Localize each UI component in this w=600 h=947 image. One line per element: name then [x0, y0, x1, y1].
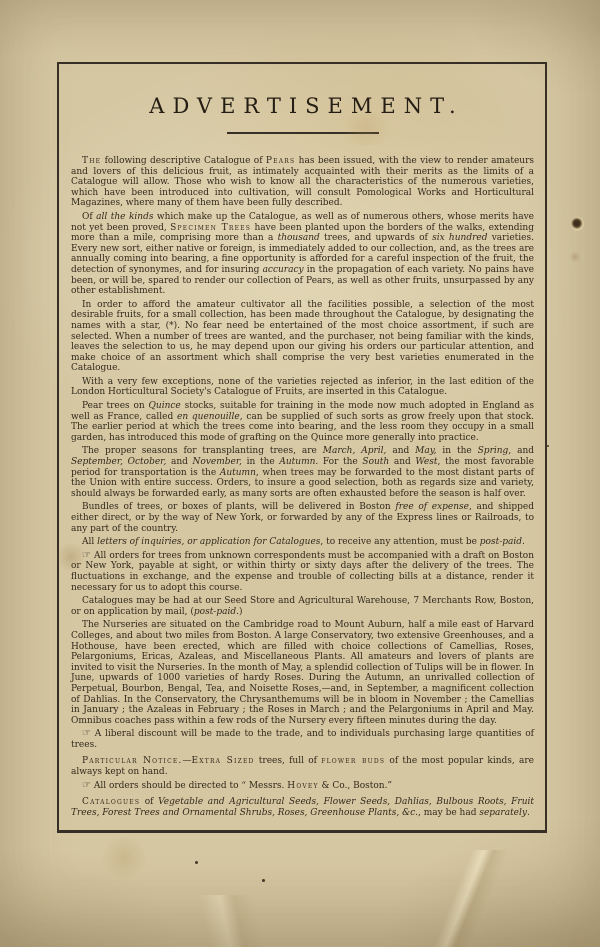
text-run: and: [386, 446, 415, 456]
text-run: free of expense: [395, 502, 469, 512]
text-run: letters of inquiries, or application for…: [97, 537, 320, 547]
text-run: Extra Sized: [192, 756, 255, 766]
text-run: post-paid: [480, 537, 522, 547]
paragraph: Particular Notice.—Extra Sized trees, fu…: [71, 756, 534, 777]
text-run: September, October,: [71, 457, 166, 467]
text-run: South: [362, 457, 389, 467]
scanned-page: ADVERTISEMENT. The following descriptive…: [0, 0, 600, 947]
paper-speck: [262, 879, 265, 882]
text-run: Catalogues: [82, 797, 140, 807]
paragraph: Of all the kinds which make up the Catal…: [71, 212, 534, 297]
text-run: Pears: [266, 156, 295, 166]
paragraph: The following descriptive Catalogue of P…: [71, 156, 534, 209]
text-run: trees, full of: [255, 756, 322, 766]
text-run: all the kinds: [96, 212, 153, 222]
document-body: The following descriptive Catalogue of P…: [71, 156, 534, 818]
text-run: following descriptive Catalogue of: [101, 156, 266, 166]
paragraph: Catalogues may be had at our Seed Store …: [71, 596, 534, 617]
text-run: , may be had: [418, 808, 479, 818]
text-run: post-paid.: [194, 607, 239, 617]
text-run: , to receive any attention, must be: [320, 537, 479, 547]
paragraph: In order to afford the amateur cultivato…: [71, 300, 534, 374]
title-divider-rule: [227, 132, 379, 134]
paper-speck: [195, 861, 198, 864]
paper-speck: [547, 445, 549, 447]
paragraph: ☞ A liberal discount will be made to the…: [71, 729, 534, 750]
paper-crease: [330, 850, 600, 947]
text-run: and: [389, 457, 415, 467]
text-run: Bundles of trees, or boxes of plants, wi…: [82, 502, 395, 512]
text-run: Autumn: [220, 468, 256, 478]
text-run: & Co., Boston.”: [319, 781, 392, 791]
text-run: In order to afford the amateur cultivato…: [71, 300, 534, 374]
paper-stain: [98, 838, 150, 878]
paragraph: With a very few exceptions, none of the …: [71, 377, 534, 398]
manicule-icon: ☞: [82, 780, 91, 791]
text-run: For the: [318, 457, 362, 467]
text-run: of: [140, 797, 158, 807]
paragraph: ☞ All orders should be directed to “ Mes…: [71, 781, 534, 792]
text-run: —: [183, 756, 192, 766]
text-run: Particular Notice.: [82, 756, 183, 766]
text-run: Pear trees on: [82, 401, 149, 411]
text-run: A liberal discount will be made to the t…: [71, 729, 534, 750]
paragraph: Catalogues of Vegetable and Agricultural…: [71, 797, 534, 818]
paragraph: The Nurseries are situated on the Cambri…: [71, 620, 534, 726]
text-run: Catalogues may be had at our Seed Store …: [71, 596, 534, 617]
paragraph: The proper seasons for transplanting tre…: [71, 446, 534, 499]
text-run: ): [239, 607, 243, 617]
text-run: All orders should be directed to “ Messr…: [91, 781, 287, 791]
text-run: in the: [242, 457, 279, 467]
text-run: With a very few exceptions, none of the …: [71, 377, 534, 398]
text-run: accuracy: [263, 265, 304, 275]
text-run: All: [82, 537, 97, 547]
text-run: separately: [479, 808, 527, 818]
paragraph: All letters of inquiries, or application…: [71, 537, 534, 548]
text-run: .: [527, 808, 530, 818]
text-run: March, April,: [323, 446, 387, 456]
text-run: Of: [82, 212, 96, 222]
paper-crease: [60, 895, 390, 947]
text-run: six hundred: [432, 233, 487, 243]
paragraph: ☞ All orders for trees from unknown corr…: [71, 551, 534, 593]
page-border-frame: ADVERTISEMENT. The following descriptive…: [57, 62, 547, 833]
text-run: The: [82, 156, 101, 166]
text-run: The Nurseries are situated on the Cambri…: [71, 620, 534, 725]
text-run: Spring: [478, 446, 509, 456]
manicule-icon: ☞: [82, 728, 91, 739]
text-run: West: [415, 457, 437, 467]
text-run: Autumn.: [279, 457, 318, 467]
text-run: Quince: [149, 401, 181, 411]
paragraph: Bundles of trees, or boxes of plants, wi…: [71, 502, 534, 534]
wormhole-spot: [571, 217, 584, 231]
text-run: en quenouille: [177, 412, 240, 422]
manicule-icon: ☞: [82, 550, 91, 561]
text-run: , and: [508, 446, 534, 456]
text-run: in the: [437, 446, 478, 456]
paragraph: Pear trees on Quince stocks, suitable fo…: [71, 401, 534, 443]
text-run: All orders for trees from unknown corres…: [71, 551, 534, 593]
text-run: .: [522, 537, 525, 547]
text-run: and: [166, 457, 192, 467]
paper-stain: [569, 252, 581, 262]
text-run: The proper seasons for transplanting tre…: [82, 446, 323, 456]
text-run: flower buds: [321, 756, 385, 766]
text-run: May,: [415, 446, 436, 456]
text-run: Hovey: [287, 781, 318, 791]
text-run: Specimen Trees: [170, 223, 251, 233]
text-run: November,: [193, 457, 243, 467]
text-run: thousand: [278, 233, 320, 243]
page-title: ADVERTISEMENT.: [71, 96, 534, 117]
text-run: trees, and upwards of: [320, 233, 432, 243]
